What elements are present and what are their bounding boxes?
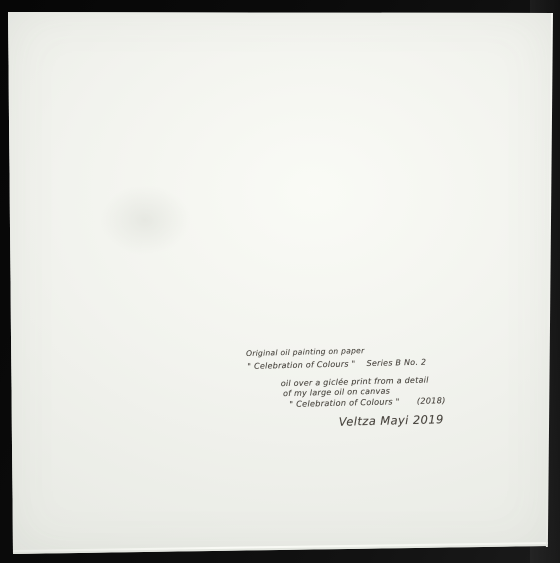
inscription-block: Original oil painting on paper " Celebra… [0, 0, 560, 563]
artist-signature: Veltza Mayi 2019 [339, 412, 444, 429]
inscription-line-technique-1: oil over a giclée print from a detail [281, 376, 429, 389]
inscription-line-title: Original oil painting on paper [246, 346, 365, 358]
inscription-line-series: " Celebration of Colours " Series B No. … [247, 358, 426, 371]
photo-frame: Original oil painting on paper " Celebra… [0, 0, 560, 563]
